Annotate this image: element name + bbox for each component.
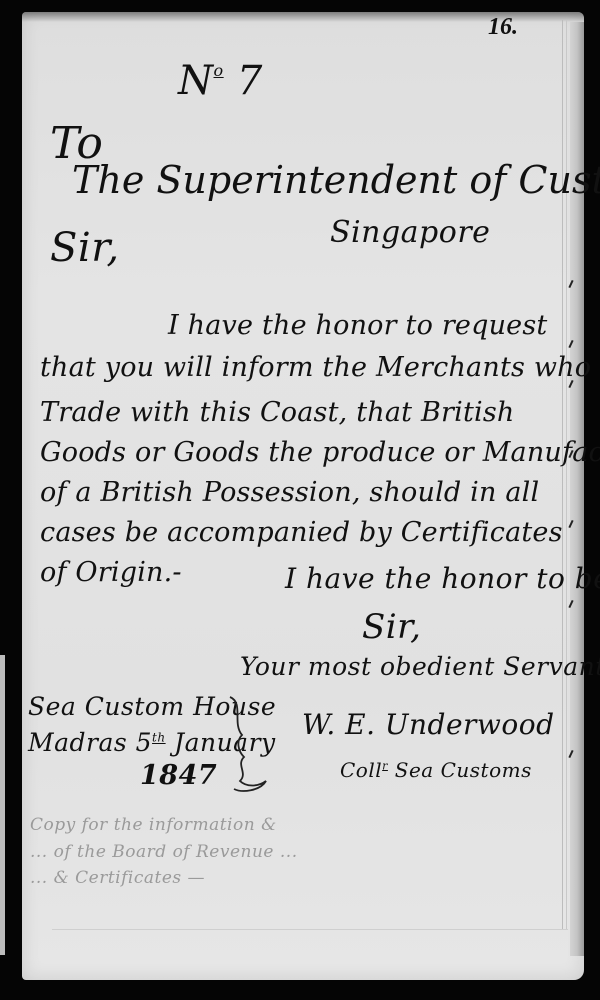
faint-note-line: Copy for the information & [30, 815, 277, 835]
title-suffix: Sea Customs [388, 758, 532, 782]
body-line: of Origin.- [40, 557, 182, 588]
addressee-location: Singapore [330, 215, 490, 250]
body-line: I have the honor to request [168, 310, 547, 341]
margin-rule [562, 20, 567, 930]
signature: W. E. Underwood [302, 708, 555, 741]
faint-note-line: ... of the Board of Revenue ... [30, 842, 298, 862]
margin-marks [570, 280, 580, 760]
body-line: Goods or Goods the produce or Manufactur… [40, 437, 600, 468]
body-line: Trade with this Coast, that British [40, 397, 515, 428]
curly-brace-icon [222, 695, 272, 795]
date-prefix: Madras 5 [28, 728, 152, 757]
page-number: 16. [488, 14, 518, 41]
closing-sir: Sir, [362, 607, 422, 647]
adjacent-page-edge [0, 655, 5, 955]
letter-number-sup: o [214, 61, 224, 80]
letter-number: No 7 [178, 58, 263, 104]
valediction: Your most obedient Servant [240, 652, 600, 681]
scan-viewer: 16. No 7 To The Superintendent of Custom… [0, 0, 600, 1000]
faint-note-line: ... & Certificates — [30, 868, 205, 888]
letter-number-prefix: N [178, 58, 214, 104]
title-prefix: Coll [340, 758, 382, 782]
salutation: Sir, [50, 225, 120, 271]
body-line: that you will inform the Merchants who [40, 352, 591, 383]
date-year: 1847 [140, 760, 217, 791]
bottom-rule [52, 929, 568, 930]
signatory-title: Collr Sea Customs [340, 758, 532, 782]
closing-line: I have the honor to be [285, 562, 600, 595]
body-line: cases be accompanied by Certificates [40, 517, 563, 548]
body-line: of a British Possession, should in all [40, 477, 539, 508]
letter-number-value: 7 [237, 58, 263, 104]
date-ordinal: th [152, 731, 166, 745]
addressee-recipient: The Superintendent of Customs [72, 158, 600, 202]
